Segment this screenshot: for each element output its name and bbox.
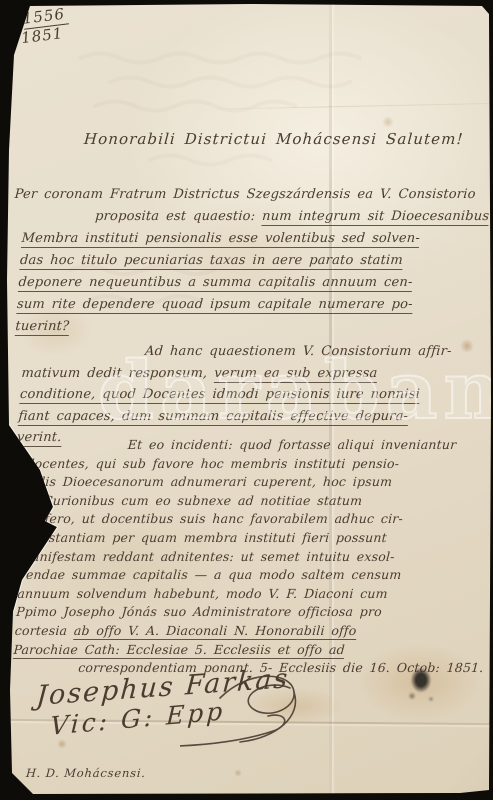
registry-number: 1556 1851 xyxy=(22,5,71,46)
underlined-passage: deponere nequeuntibus a summa capitalis … xyxy=(18,275,413,292)
underlined-passage: num integrum sit Dioecesanibus xyxy=(261,209,489,226)
handwritten-line: Ad hanc quaestionem V. Consistorium affi… xyxy=(144,341,489,363)
underlined-passage: Membra instituti pensionalis esse volent… xyxy=(21,231,421,248)
paragraph-instruction: Et eo incidenti: quod fortasse aliqui in… xyxy=(12,436,493,678)
handwritten-line: Per coronam Fratrum Districtus Szegszárd… xyxy=(14,184,491,206)
handwritten-line: deponere nequeuntibus a summa capitalis … xyxy=(18,272,485,294)
handwritten-line: manifestam reddant adnitentes: ut semet … xyxy=(19,548,485,567)
handwritten-line: conditione, quod Docentes idmodi pension… xyxy=(19,384,486,406)
signature-block: Josephus Farkas Vic: G: Epp xyxy=(30,664,330,774)
text-passage: Per coronam Fratrum Districtus Szegszárd… xyxy=(14,187,476,202)
underlined-passage: fiant capaces, dum summam capitalis effe… xyxy=(18,409,409,426)
handwritten-line: annuum solvendum habebunt, modo V. F. Di… xyxy=(17,585,483,604)
handwritten-line: perfero, ut docentibus suis hanc favorab… xyxy=(22,510,488,529)
underlined-passage: verum ea sub expressa xyxy=(214,366,378,383)
handwritten-line: vendae summae capitalis — a qua modo sal… xyxy=(18,566,484,585)
text-passage: perfero, ut docentibus suis hanc favorab… xyxy=(22,511,403,526)
letter-paper: 1556 1851 Honorabili Districtui Mohácsen… xyxy=(0,0,493,800)
text-passage: nalis Dioecesanorum adnumerari cuperent,… xyxy=(25,474,393,489)
underlined-passage: conditione, quod Docentes idmodi pension… xyxy=(19,387,420,404)
text-passage: manifestam reddant adnitentes: ut semet … xyxy=(20,549,396,564)
underlined-passage: ab offo V. A. Diaconali N. Honorabili of… xyxy=(73,623,357,640)
text-passage: cortesia xyxy=(14,623,74,638)
handwritten-line: nalis Dioecesanorum adnumerari cuperent,… xyxy=(25,473,491,492)
letter-photo: 1556 1851 Honorabili Districtui Mohácsen… xyxy=(0,0,493,800)
handwritten-line: docentes, qui sub favore hoc membris ins… xyxy=(26,455,492,474)
text-passage: vendae summae capitalis — a qua modo sal… xyxy=(18,567,402,582)
salutation-heading: Honorabili Districtui Mohácsensi Salutem… xyxy=(83,130,464,148)
handwritten-line: Et eo incidenti: quod fortasse aliqui in… xyxy=(127,436,493,455)
underlined-passage: das hoc titulo pecuniarias taxas in aere… xyxy=(19,253,403,270)
paragraph-response: Ad hanc quaestionem V. Consistorium affi… xyxy=(16,341,489,449)
paragraph-question: Per coronam Fratrum Districtus Szegszárd… xyxy=(15,184,491,338)
handwritten-line: Parochiae Cath: Ecclesiae 5. Ecclesiis e… xyxy=(13,641,479,660)
ink-blot xyxy=(404,664,440,706)
text-passage: mativum dedit responsum, xyxy=(21,366,215,381)
docket-note: H. D. Mohácsensi. xyxy=(26,766,147,780)
handwritten-line: Membra instituti pensionalis esse volent… xyxy=(21,228,488,250)
text-passage: Et eo incidenti: quod fortasse aliqui in… xyxy=(127,437,457,452)
handwritten-line: mativum dedit responsum, verum ea sub ex… xyxy=(21,363,488,385)
underlined-passage: tuerint? xyxy=(15,319,70,336)
handwritten-line: sum rite dependere quoad ipsum capitale … xyxy=(16,294,483,316)
handwritten-line: Ppimo Josepho Jónás suo Administratore o… xyxy=(15,603,481,622)
underlined-passage: Parochiae Cath: Ecclesiae 5. Ecclesiis e… xyxy=(13,642,346,659)
handwritten-line: cumstantiam per quam membra instituti fi… xyxy=(21,529,487,548)
underlined-passage: sum rite dependere quoad ipsum capitale … xyxy=(16,297,413,314)
text-passage: Ad hanc quaestionem V. Consistorium affi… xyxy=(144,344,452,359)
handwritten-line: S. Curionibus cum eo subnexe ad notitiae… xyxy=(23,492,489,511)
handwritten-line: das hoc titulo pecuniarias taxas in aere… xyxy=(19,250,486,272)
text-passage: annuum solvendum habebunt, modo V. F. Di… xyxy=(17,586,388,601)
handwritten-line: cortesia ab offo V. A. Diaconali N. Hono… xyxy=(14,622,480,641)
text-passage: cumstantiam per quam membra instituti fi… xyxy=(21,530,388,545)
text-passage: docentes, qui sub favore hoc membris ins… xyxy=(26,456,400,471)
handwritten-line: fiant capaces, dum summam capitalis effe… xyxy=(18,406,485,428)
text-passage: proposita est quaestio: xyxy=(95,209,263,224)
text-passage: S. Curionibus cum eo subnexe ad notitiae… xyxy=(23,493,362,508)
handwritten-line: tuerint? xyxy=(15,316,482,338)
text-passage: Ppimo Josepho Jónás suo Administratore o… xyxy=(16,604,383,619)
handwritten-line: proposita est quaestio: num integrum sit… xyxy=(94,206,489,228)
